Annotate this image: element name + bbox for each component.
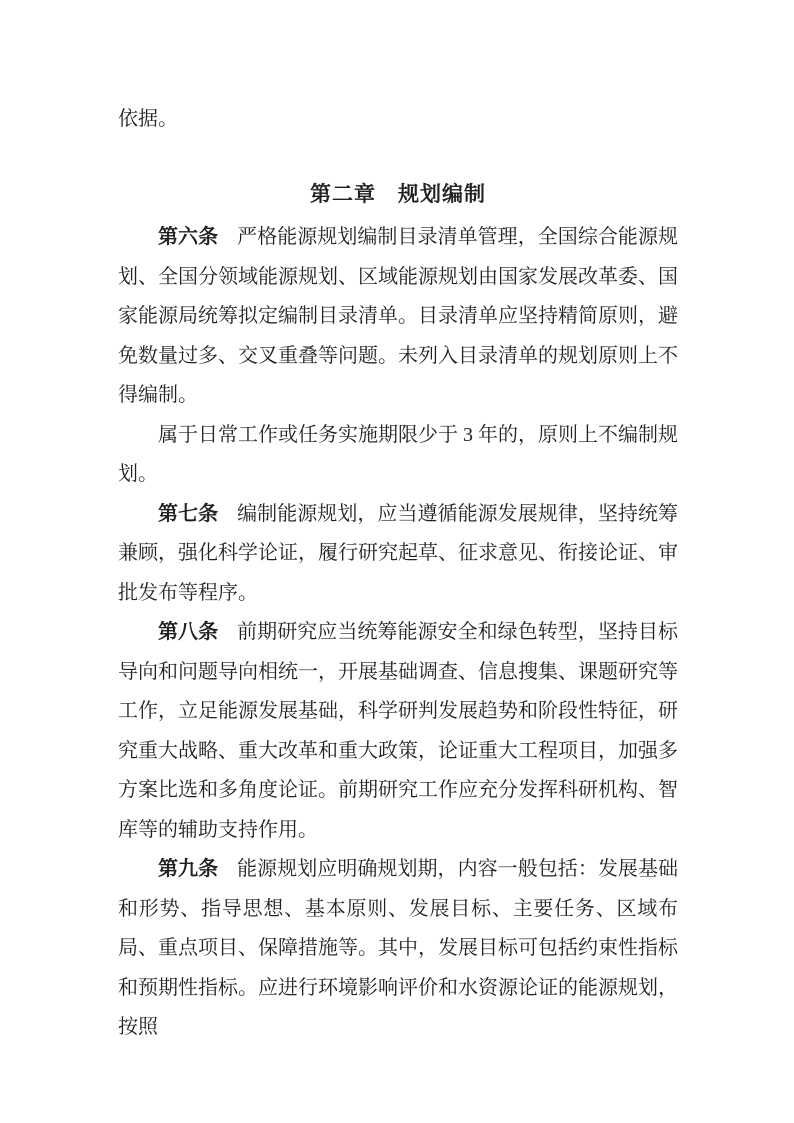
paragraph-article-8: 第八条前期研究应当统筹能源安全和绿色转型，坚持目标导向和问题导向相统一，开展基础… (118, 613, 678, 850)
paragraph-article-9: 第九条能源规划应明确规划期，内容一般包括：发展基础和形势、指导思想、基本原则、发… (118, 850, 678, 1048)
paragraph-article-6-sub: 属于日常工作或任务实施期限少于 3 年的，原则上不编制规划。 (118, 416, 678, 495)
paragraph-text: 前期研究应当统筹能源安全和绿色转型，坚持目标导向和问题导向相统一，开展基础调查、… (118, 621, 678, 841)
chapter-heading: 第二章 规划编制 (118, 175, 678, 215)
paragraph-text: 严格能源规划编制目录清单管理，全国综合能源规划、全国分领域能源规划、区域能源规划… (118, 226, 678, 406)
text-column: 依据。 第二章 规划编制 第六条严格能源规划编制目录清单管理，全国综合能源规划、… (0, 0, 794, 1123)
document-page: 依据。 第二章 规划编制 第六条严格能源规划编制目录清单管理，全国综合能源规划、… (0, 0, 794, 1123)
paragraph-text: 能源规划应明确规划期，内容一般包括：发展基础和形势、指导思想、基本原则、发展目标… (118, 858, 678, 1038)
paragraph-article-7: 第七条编制能源规划，应当遵循能源发展规律，坚持统筹兼顾，强化科学论证，履行研究起… (118, 495, 678, 614)
article-number: 第七条 (158, 503, 218, 525)
article-number: 第九条 (158, 858, 218, 880)
paragraph-continuation: 依据。 (118, 100, 678, 140)
article-number: 第六条 (158, 226, 218, 248)
paragraph-article-6: 第六条严格能源规划编制目录清单管理，全国综合能源规划、全国分领域能源规划、区域能… (118, 218, 678, 416)
paragraph-text: 属于日常工作或任务实施期限少于 3 年的，原则上不编制规划。 (118, 424, 678, 486)
article-number: 第八条 (158, 621, 218, 643)
